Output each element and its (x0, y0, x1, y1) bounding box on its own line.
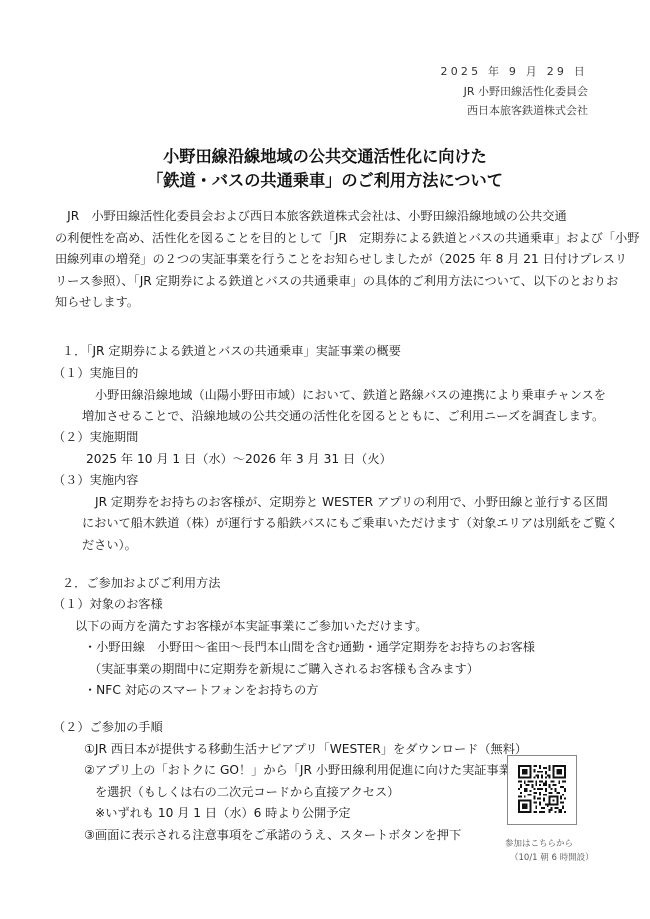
section-1-heading: １．「JR 定期券による鉄道とバスの共通乗車」実証事業の概要 (62, 341, 401, 362)
intro-line: 知らせします。 (55, 292, 600, 314)
qr-code-link[interactable] (507, 755, 577, 825)
document-page: 2025 年 9 月 29 日 JR 小野田線活性化委員会 西日本旅客鉄道株式会… (0, 0, 650, 919)
implementation-period: 2025 年 10 月 1 日（水）～2026 年 3 月 31 日（火） (86, 449, 392, 470)
intro-line: リース参照）、「JR 定期券による鉄道とバスの共通乗車」の具体的ご利用方法につい… (55, 271, 600, 293)
title-line-1: 小野田線沿線地域の公共交通活性化に向けた (0, 145, 650, 169)
section-1-1-line-2: 増加させることで、沿線地域の公共交通の活性化を図るとともに、ご利用ニーズを調査し… (82, 406, 604, 427)
title-line-2: 「鉄道・バスの共通乗車」のご利用方法について (0, 169, 650, 193)
qr-caption-line-1: 参加はこちらから (505, 837, 594, 851)
eligibility-bullet-2: ・NFC 対応のスマートフォンをお持ちの方 (84, 680, 318, 701)
section-1-1-heading: （１）実施目的 (53, 363, 138, 384)
organization-2: 西日本旅客鉄道株式会社 (441, 101, 588, 121)
intro-line: JR 小野田線活性化委員会および西日本旅客鉄道株式会社は、小野田線沿線地域の公共… (55, 206, 600, 228)
eligibility-note: （実証事業の期間中に定期券を新規にご購入されるお客様も含みます） (89, 659, 479, 680)
eligibility-intro: 以下の両方を満たすお客様が本実証事業にご参加いただけます。 (75, 616, 427, 637)
step-1: ①JR 西日本が提供する移動生活ナビアプリ「WESTER」をダウンロード（無料） (84, 739, 527, 760)
intro-line: の利便性を高め、活性化を図ることを目的として「JR 定期券による鉄道とバスの共通… (55, 228, 600, 250)
section-2-1-heading: （１）対象のお客様 (53, 594, 163, 615)
qr-caption-line-2: （10/1 朝 6 時開設） (505, 851, 594, 865)
step-2-continued: を選択（もしくは右の二次元コードから直接アクセス） (95, 782, 399, 803)
step-2: ②アプリ上の「おトクに GO！」から「JR 小野田線利用促進に向けた実証事業」 (84, 760, 523, 781)
section-1-3-line-3: ださい）。 (82, 535, 137, 556)
organization-1: JR 小野田線活性化委員会 (441, 82, 588, 102)
issue-date: 2025 年 9 月 29 日 (441, 62, 588, 82)
section-1-3-line-1: JR 定期券をお持ちのお客様が、定期券と WESTER アプリの利用で、小野田線… (95, 492, 608, 513)
step-3: ③画面に表示される注意事項をご承諾のうえ、スタートボタンを押下 (84, 825, 461, 846)
document-title: 小野田線沿線地域の公共交通活性化に向けた 「鉄道・バスの共通乗車」のご利用方法に… (0, 145, 650, 193)
header-block: 2025 年 9 月 29 日 JR 小野田線活性化委員会 西日本旅客鉄道株式会… (441, 62, 588, 121)
qr-code-icon (518, 765, 566, 813)
step-2-note: ※いずれも 10 月 1 日（水）6 時より公開予定 (95, 803, 351, 824)
intro-paragraph: JR 小野田線活性化委員会および西日本旅客鉄道株式会社は、小野田線沿線地域の公共… (55, 206, 600, 314)
section-2-heading: ２．ご参加およびご利用方法 (62, 573, 220, 594)
section-1-3-heading: （３）実施内容 (53, 470, 138, 491)
section-1-2-heading: （２）実施期間 (53, 427, 138, 448)
section-1-3-line-2: において船木鉄道（株）が運行する船鉄バスにもご乗車いただけます（対象エリアは別紙… (82, 513, 618, 534)
section-1-1-line-1: 小野田線沿線地域（山陽小野田市域）において、鉄道と路線バスの連携により乗車チャン… (95, 385, 606, 406)
intro-line: 田線列車の増発」の２つの実証事業を行うことをお知らせしましたが（2025 年 8… (55, 249, 600, 271)
section-2-2-heading: （２）ご参加の手順 (53, 717, 163, 738)
qr-caption: 参加はこちらから （10/1 朝 6 時開設） (505, 837, 594, 865)
eligibility-bullet-1: ・小野田線 小野田～雀田～長門本山間を含む通勤・通学定期券をお持ちのお客様 (84, 637, 535, 658)
